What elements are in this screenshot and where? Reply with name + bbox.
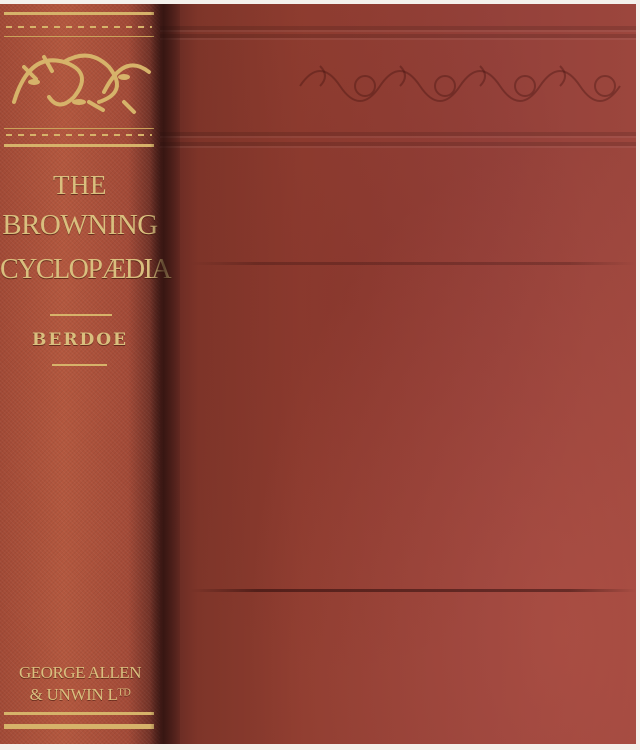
gilt-short-rule bbox=[50, 314, 112, 316]
spine-publisher-line1: GEORGE ALLEN bbox=[0, 663, 160, 683]
gilt-rule bbox=[4, 712, 154, 715]
book: THE BROWNING CYCLOPÆDIA BERDOE GEORGE AL… bbox=[0, 4, 636, 744]
gilt-rule bbox=[4, 128, 154, 129]
cover-border-line bbox=[160, 142, 636, 146]
cover-border-line bbox=[160, 26, 636, 30]
gilt-rule bbox=[4, 144, 154, 147]
gilt-rule bbox=[4, 12, 154, 15]
spine-publisher-line2: & UNWIN Lᵀᴰ bbox=[0, 685, 160, 705]
cover-crease bbox=[190, 262, 636, 265]
gilt-rule bbox=[4, 724, 154, 729]
cover-border-line bbox=[160, 34, 636, 38]
front-cover bbox=[160, 4, 636, 744]
spine-hinge-shadow bbox=[150, 4, 180, 744]
spine-author: BERDOE bbox=[0, 330, 160, 350]
gilt-rule bbox=[4, 36, 154, 37]
gilt-short-rule bbox=[52, 364, 107, 366]
gilt-scroll-ornament-icon bbox=[4, 42, 156, 124]
spine-title-cyclopaedia: CYCLOPÆDIA bbox=[0, 254, 160, 286]
cover-crease bbox=[190, 589, 636, 592]
gilt-dotted-rule bbox=[6, 26, 152, 28]
blind-stamped-ornament-icon bbox=[160, 46, 636, 126]
spine: THE BROWNING CYCLOPÆDIA BERDOE GEORGE AL… bbox=[0, 4, 160, 744]
cover-border-line bbox=[160, 132, 636, 136]
spine-title-browning: BROWNING bbox=[0, 209, 160, 242]
spine-title-the: THE bbox=[0, 170, 160, 201]
gilt-dotted-rule bbox=[6, 134, 152, 136]
